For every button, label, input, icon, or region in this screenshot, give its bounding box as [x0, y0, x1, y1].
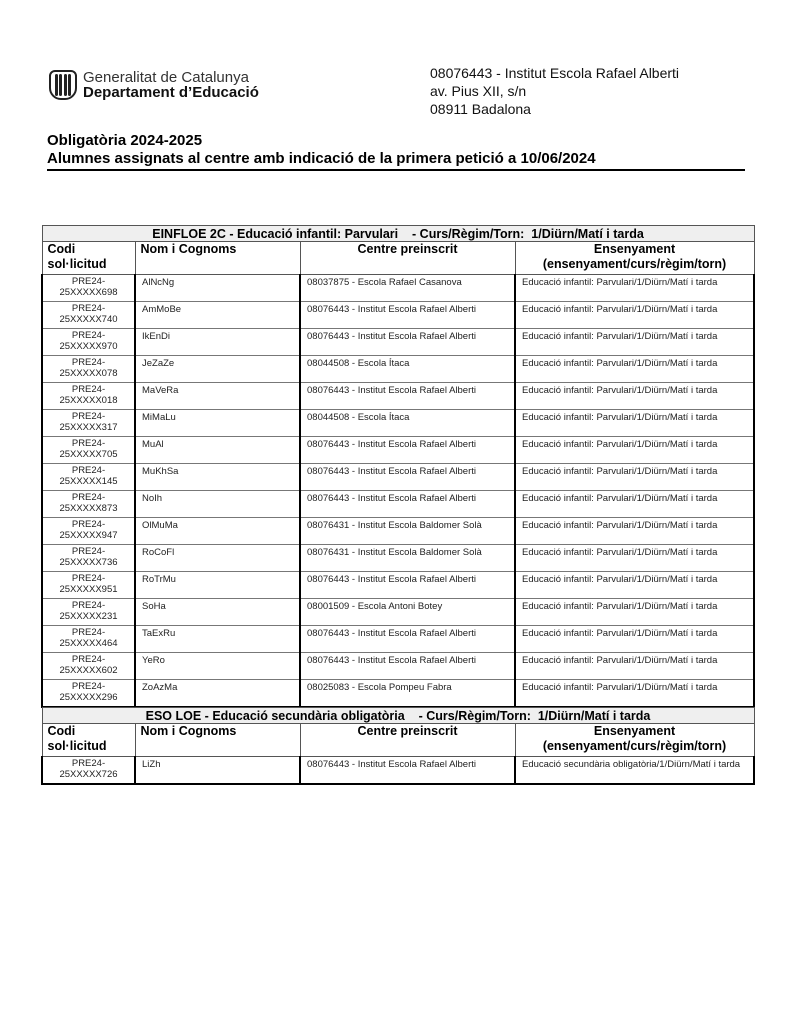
ensenyament: Educació infantil: Parvulari/1/Diürn/Mat…: [515, 464, 754, 491]
ensenyament: Educació infantil: Parvulari/1/Diürn/Mat…: [515, 302, 754, 329]
student-name: AlNcNg: [135, 275, 300, 302]
table-row: PRE24-25XXXXX296ZoAzMa08025083 - Escola …: [42, 680, 754, 708]
request-code: PRE24-25XXXXX736: [42, 545, 135, 572]
generalitat-logo: Generalitat de Catalunya Departament d’E…: [49, 70, 259, 100]
preinscribed-centre: 08076443 - Institut Escola Rafael Albert…: [300, 329, 515, 356]
table-row: PRE24-25XXXXX726LiZh08076443 - Institut …: [42, 757, 754, 785]
student-name: AmMoBe: [135, 302, 300, 329]
section-curs-label: Curs/Règim/Torn:: [426, 709, 531, 723]
school-city: 08911 Badalona: [430, 100, 679, 118]
student-name: JeZaZe: [135, 356, 300, 383]
preinscribed-centre: 08076443 - Institut Escola Rafael Albert…: [300, 626, 515, 653]
document-titles: Obligatòria 2024-2025 Alumnes assignats …: [47, 132, 745, 171]
section-curs-label: Curs/Règim/Torn:: [420, 227, 525, 241]
school-name: 08076443 - Institut Escola Rafael Albert…: [430, 64, 679, 82]
table-row: PRE24-25XXXXX951RoTrMu08076443 - Institu…: [42, 572, 754, 599]
preinscribed-centre: 08076443 - Institut Escola Rafael Albert…: [300, 302, 515, 329]
preinscribed-centre: 08044508 - Escola Ítaca: [300, 356, 515, 383]
request-code: PRE24-25XXXXX145: [42, 464, 135, 491]
request-code: PRE24-25XXXXX464: [42, 626, 135, 653]
student-name: MuAl: [135, 437, 300, 464]
table-row: PRE24-25XXXXX145MuKhSa08076443 - Institu…: [42, 464, 754, 491]
table-row: PRE24-25XXXXX873NoIh08076443 - Institut …: [42, 491, 754, 518]
ensenyament: Educació infantil: Parvulari/1/Diürn/Mat…: [515, 437, 754, 464]
col-header-ensenyament: Ensenyament(ensenyament/curs/règim/torn): [515, 242, 754, 275]
ensenyament: Educació infantil: Parvulari/1/Diürn/Mat…: [515, 383, 754, 410]
request-code: PRE24-25XXXXX317: [42, 410, 135, 437]
student-name: YeRo: [135, 653, 300, 680]
request-code: PRE24-25XXXXX231: [42, 599, 135, 626]
preinscribed-centre: 08001509 - Escola Antoni Botey: [300, 599, 515, 626]
preinscribed-centre: 08076443 - Institut Escola Rafael Albert…: [300, 491, 515, 518]
section-code: EINFLOE 2C: [152, 227, 226, 241]
request-code: PRE24-25XXXXX078: [42, 356, 135, 383]
table-row: PRE24-25XXXXX231SoHa08001509 - Escola An…: [42, 599, 754, 626]
col-header-name: Nom i Cognoms: [135, 724, 300, 757]
section-header: EINFLOE 2C - Educació infantil: Parvular…: [42, 226, 754, 242]
table-row: PRE24-25XXXXX602YeRo08076443 - Institut …: [42, 653, 754, 680]
document-title: Obligatòria 2024-2025: [47, 132, 745, 150]
preinscribed-centre: 08076443 - Institut Escola Rafael Albert…: [300, 653, 515, 680]
ensenyament: Educació infantil: Parvulari/1/Diürn/Mat…: [515, 599, 754, 626]
ensenyament: Educació infantil: Parvulari/1/Diürn/Mat…: [515, 680, 754, 708]
preinscribed-centre: 08076431 - Institut Escola Baldomer Solà: [300, 518, 515, 545]
preinscribed-centre: 08025083 - Escola Pompeu Fabra: [300, 680, 515, 708]
ensenyament: Educació infantil: Parvulari/1/Diürn/Mat…: [515, 626, 754, 653]
col-header-code: Codisol·licitud: [42, 724, 135, 757]
col-header-centre: Centre preinscrit: [300, 242, 515, 275]
student-name: RoTrMu: [135, 572, 300, 599]
student-name: RoCoFl: [135, 545, 300, 572]
student-name: SoHa: [135, 599, 300, 626]
school-address: 08076443 - Institut Escola Rafael Albert…: [430, 64, 679, 118]
department-name: Departament d’Educació: [83, 85, 259, 100]
ensenyament: Educació infantil: Parvulari/1/Diürn/Mat…: [515, 653, 754, 680]
table-row: PRE24-25XXXXX705MuAl08076443 - Institut …: [42, 437, 754, 464]
request-code: PRE24-25XXXXX970: [42, 329, 135, 356]
preinscribed-centre: 08076443 - Institut Escola Rafael Albert…: [300, 572, 515, 599]
request-code: PRE24-25XXXXX296: [42, 680, 135, 708]
section-curs-value: 1/Diürn/Matí i tarda: [538, 709, 651, 723]
preinscribed-centre: 08076443 - Institut Escola Rafael Albert…: [300, 757, 515, 785]
student-name: OlMuMa: [135, 518, 300, 545]
table-row: PRE24-25XXXXX947OlMuMa08076431 - Institu…: [42, 518, 754, 545]
col-header-ensenyament: Ensenyament(ensenyament/curs/règim/torn): [515, 724, 754, 757]
column-headers: Codisol·licitudNom i CognomsCentre prein…: [42, 242, 754, 275]
ensenyament: Educació infantil: Parvulari/1/Diürn/Mat…: [515, 545, 754, 572]
student-name: MuKhSa: [135, 464, 300, 491]
request-code: PRE24-25XXXXX951: [42, 572, 135, 599]
preinscribed-centre: 08076431 - Institut Escola Baldomer Solà: [300, 545, 515, 572]
request-code: PRE24-25XXXXX726: [42, 757, 135, 785]
table-row: PRE24-25XXXXX736RoCoFl08076431 - Institu…: [42, 545, 754, 572]
col-header-code: Codisol·licitud: [42, 242, 135, 275]
table-row: PRE24-25XXXXX018MaVeRa08076443 - Institu…: [42, 383, 754, 410]
preinscribed-centre: 08037875 - Escola Rafael Casanova: [300, 275, 515, 302]
section-code: ESO LOE: [146, 709, 202, 723]
preinscribed-centre: 08044508 - Escola Ítaca: [300, 410, 515, 437]
table-row: PRE24-25XXXXX740AmMoBe08076443 - Institu…: [42, 302, 754, 329]
org-name: Generalitat de Catalunya: [83, 70, 259, 85]
col-header-centre: Centre preinscrit: [300, 724, 515, 757]
request-code: PRE24-25XXXXX873: [42, 491, 135, 518]
preinscribed-centre: 08076443 - Institut Escola Rafael Albert…: [300, 464, 515, 491]
ensenyament: Educació infantil: Parvulari/1/Diürn/Mat…: [515, 275, 754, 302]
request-code: PRE24-25XXXXX705: [42, 437, 135, 464]
col-header-name: Nom i Cognoms: [135, 242, 300, 275]
request-code: PRE24-25XXXXX602: [42, 653, 135, 680]
table-row: PRE24-25XXXXX970IkEnDi08076443 - Institu…: [42, 329, 754, 356]
document-subtitle: Alumnes assignats al centre amb indicaci…: [47, 150, 745, 171]
section-description: Educació secundària obligatòria: [212, 709, 404, 723]
section-description: Educació infantil: Parvulari: [237, 227, 398, 241]
request-code: PRE24-25XXXXX740: [42, 302, 135, 329]
request-code: PRE24-25XXXXX947: [42, 518, 135, 545]
ensenyament: Educació infantil: Parvulari/1/Diürn/Mat…: [515, 329, 754, 356]
student-name: IkEnDi: [135, 329, 300, 356]
table-row: PRE24-25XXXXX698AlNcNg08037875 - Escola …: [42, 275, 754, 302]
student-name: NoIh: [135, 491, 300, 518]
ensenyament: Educació infantil: Parvulari/1/Diürn/Mat…: [515, 491, 754, 518]
request-code: PRE24-25XXXXX698: [42, 275, 135, 302]
preinscribed-centre: 08076443 - Institut Escola Rafael Albert…: [300, 437, 515, 464]
student-name: MaVeRa: [135, 383, 300, 410]
generalitat-coat-of-arms-icon: [49, 70, 77, 100]
preinscribed-centre: 08076443 - Institut Escola Rafael Albert…: [300, 383, 515, 410]
student-name: ZoAzMa: [135, 680, 300, 708]
table-row: PRE24-25XXXXX464TaExRu08076443 - Institu…: [42, 626, 754, 653]
section-header: ESO LOE - Educació secundària obligatòri…: [42, 708, 754, 724]
ensenyament: Educació infantil: Parvulari/1/Diürn/Mat…: [515, 410, 754, 437]
section-curs-value: 1/Diürn/Matí i tarda: [531, 227, 644, 241]
column-headers: Codisol·licitudNom i CognomsCentre prein…: [42, 724, 754, 757]
request-code: PRE24-25XXXXX018: [42, 383, 135, 410]
school-street: av. Pius XII, s/n: [430, 82, 679, 100]
ensenyament: Educació infantil: Parvulari/1/Diürn/Mat…: [515, 356, 754, 383]
student-name: MiMaLu: [135, 410, 300, 437]
students-table-eso: ESO LOE - Educació secundària obligatòri…: [41, 707, 755, 785]
student-name: TaExRu: [135, 626, 300, 653]
ensenyament: Educació infantil: Parvulari/1/Diürn/Mat…: [515, 572, 754, 599]
ensenyament: Educació infantil: Parvulari/1/Diürn/Mat…: [515, 518, 754, 545]
table-row: PRE24-25XXXXX078JeZaZe08044508 - Escola …: [42, 356, 754, 383]
table-row: PRE24-25XXXXX317MiMaLu08044508 - Escola …: [42, 410, 754, 437]
ensenyament: Educació secundària obligatòria/1/Diürn/…: [515, 757, 754, 785]
student-name: LiZh: [135, 757, 300, 785]
students-table-infantil: EINFLOE 2C - Educació infantil: Parvular…: [41, 225, 755, 708]
